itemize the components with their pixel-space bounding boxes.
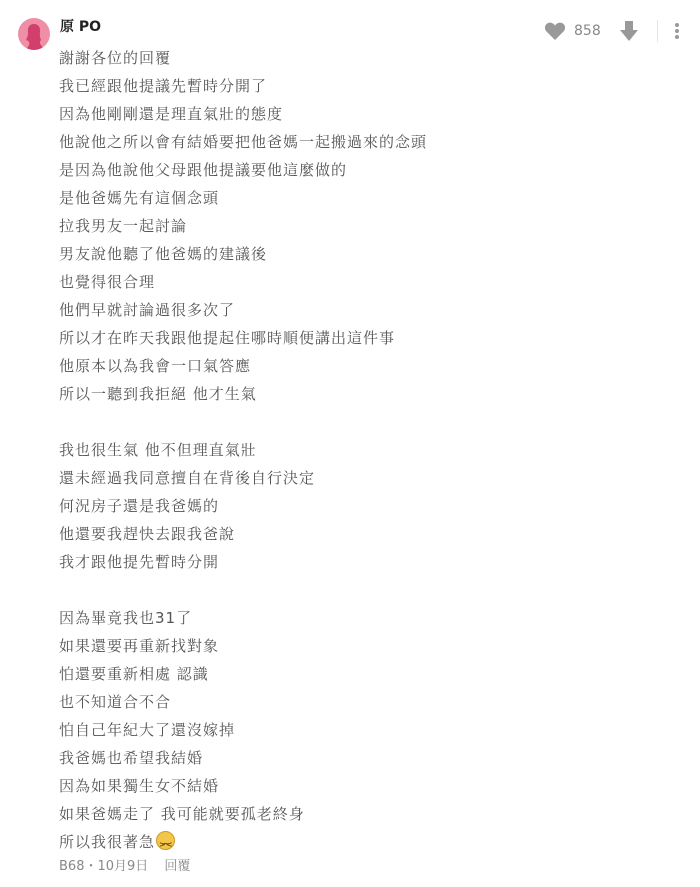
body-line: 我已經跟他提議先暫時分開了 xyxy=(59,72,659,100)
body-line: 所以一聽到我拒絕 他才生氣 xyxy=(59,380,659,408)
comment-date: 10月9日 xyxy=(97,859,148,874)
body-line: 何況房子還是我爸媽的 xyxy=(59,492,659,520)
body-line-last: 所以我很著急 xyxy=(59,828,659,856)
body-line: 所以我很著急 xyxy=(59,833,155,851)
body-line: 謝謝各位的回覆 xyxy=(59,44,659,72)
body-line: 因為如果獨生女不結婚 xyxy=(59,772,659,800)
more-options-button[interactable] xyxy=(670,20,684,42)
comment-card: 原 PO 858 謝謝各位的回覆 我已經跟他提議先暫時分開了 因為他剛剛還是理直… xyxy=(0,0,700,887)
body-line: 如果還要再重新找對象 xyxy=(59,632,659,660)
actions-divider xyxy=(657,20,658,42)
body-line: 他們早就討論過很多次了 xyxy=(59,296,659,324)
body-line: 他還要我趕快去跟我爸說 xyxy=(59,520,659,548)
body-line: 怕還要重新相處 認識 xyxy=(59,660,659,688)
blank-line xyxy=(59,408,659,436)
arrow-down-icon xyxy=(619,20,639,42)
like-button[interactable] xyxy=(544,21,566,41)
more-vertical-icon xyxy=(675,23,679,27)
body-line: 他原本以為我會一口氣答應 xyxy=(59,352,659,380)
floor-number: B68 xyxy=(59,859,84,874)
reply-button[interactable]: 回覆 xyxy=(164,859,190,874)
body-line: 拉我男友一起討論 xyxy=(59,212,659,240)
body-line: 也覺得很合理 xyxy=(59,268,659,296)
author-name[interactable]: 原 PO xyxy=(60,17,101,37)
body-line: 我才跟他提先暫時分開 xyxy=(59,548,659,576)
body-line: 也不知道合不合 xyxy=(59,688,659,716)
body-line: 還未經過我同意擅自在背後自行決定 xyxy=(59,464,659,492)
comment-meta: B68・10月9日回覆 xyxy=(59,857,190,877)
more-dot xyxy=(675,35,679,39)
comment-body: 謝謝各位的回覆 我已經跟他提議先暫時分開了 因為他剛剛還是理直氣壯的態度 他說他… xyxy=(59,44,659,856)
body-line: 我也很生氣 他不但理直氣壯 xyxy=(59,436,659,464)
body-line: 男友說他聽了他爸媽的建議後 xyxy=(59,240,659,268)
body-line: 因為他剛剛還是理直氣壯的態度 xyxy=(59,100,659,128)
more-dot xyxy=(675,29,679,33)
dislike-button[interactable] xyxy=(619,20,639,42)
body-line: 是他爸媽先有這個念頭 xyxy=(59,184,659,212)
body-line: 所以才在昨天我跟他提起住哪時順便講出這件事 xyxy=(59,324,659,352)
body-line: 怕自己年紀大了還沒嫁掉 xyxy=(59,716,659,744)
body-line: 如果爸媽走了 我可能就要孤老終身 xyxy=(59,800,659,828)
meta-separator: ・ xyxy=(84,859,97,874)
body-line: 他說他之所以會有結婚要把他爸媽一起搬過來的念頭 xyxy=(59,128,659,156)
blank-line xyxy=(59,576,659,604)
female-avatar-icon xyxy=(18,18,50,50)
avatar[interactable] xyxy=(18,18,50,50)
like-count: 858 xyxy=(574,21,601,41)
body-line: 我爸媽也希望我結婚 xyxy=(59,744,659,772)
body-line: 是因為他說他父母跟他提議要他這麼做的 xyxy=(59,156,659,184)
comment-actions: 858 xyxy=(530,18,700,44)
heart-icon xyxy=(544,21,566,41)
persevering-face-emoji-icon xyxy=(156,831,175,850)
body-line: 因為畢竟我也31了 xyxy=(59,604,659,632)
